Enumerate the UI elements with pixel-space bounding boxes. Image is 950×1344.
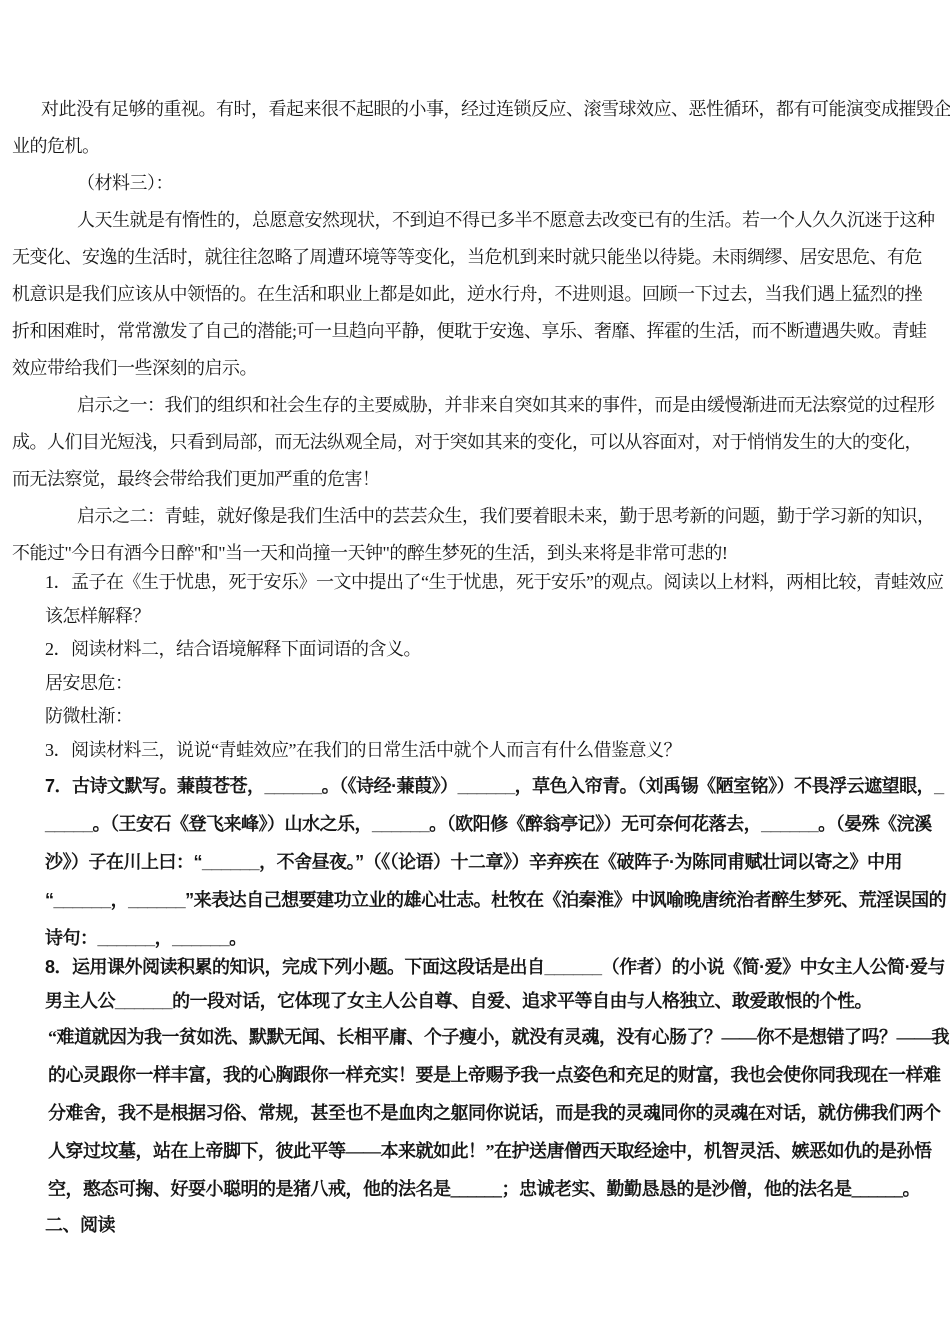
materials-section: 对此没有足够的重视。有时，看起来很不起眼的小事，经过连锁反应、滚雪球效应、恶性循… — [12, 91, 936, 572]
part-two-section: 二、阅读 — [12, 1208, 936, 1242]
question-3-stem: 3．阅读材料三，说说“青蛙效应”在我们的日常生活中就个人而言有什么借鉴意义？ — [45, 734, 936, 768]
exam-document-page: 对此没有足够的重视。有时，看起来很不起眼的小事，经过连锁反应、滚雪球效应、恶性循… — [0, 0, 950, 1344]
question-7-line: 沙》）子在川上曰：“______，不舍昼夜。”（《（论语）十二章》）辛弃疾在《破… — [45, 843, 936, 881]
question-1-line: 该怎样解释？ — [45, 600, 936, 634]
question-7-section: 7．古诗文默写。蒹葭苍苍，______。（《诗经·蒹葭》）______，草色入帘… — [12, 767, 936, 957]
quote-line: 的心灵跟你一样丰富，我的心胸跟你一样充实！要是上帝赐予我一点姿色和充足的财富，我… — [48, 1056, 936, 1094]
question-7-line: _____。（王安石《登飞来峰》）山水之乐，______。（欧阳修《醉翁亭记》）… — [45, 805, 936, 843]
material-three-paragraph-line: 人天生就是有惰性的，总愿意安然现状，不到迫不得已多半不愿意去改变已有的生活。若一… — [77, 202, 936, 239]
question-8-stem-line: 8．运用课外阅读积累的知识，完成下列小题。下面这段话是出自______（作者）的… — [45, 950, 936, 984]
question-8-stem-line: 男主人公______的一段对话，它体现了女主人公自尊、自爱、追求平等自由与人格独… — [45, 984, 936, 1018]
question-7-line: 7．古诗文默写。蒹葭苍苍，______。（《诗经·蒹葭》）______，草色入帘… — [45, 767, 936, 805]
question-2-stem: 2．阅读材料二，结合语境解释下面词语的含义。 — [45, 633, 936, 667]
insight-one-line: 而无法察觉，最终会带给我们更加严重的危害！ — [12, 461, 936, 498]
material-three-paragraph-line: 效应带给我们一些深刻的启示。 — [12, 350, 936, 387]
quote-line: 人穿过坟墓，站在上帝脚下，彼此平等——本来就如此！”在护送唐僧西天取经途中，机智… — [48, 1132, 936, 1170]
questions-1-3-section: 1．孟子在《生于忧患，死于安乐》一文中提出了“生于忧患，死于安乐”的观点。阅读以… — [12, 566, 936, 767]
material-two-continuation-line: 业的危机。 — [12, 128, 936, 165]
material-three-paragraph-line: 折和困难时，常常激发了自己的潜能;可一旦趋向平静，便耽于安逸、享乐、奢靡、挥霍的… — [12, 313, 936, 350]
question-8-stem: 8．运用课外阅读积累的知识，完成下列小题。下面这段话是出自______（作者）的… — [12, 950, 936, 1018]
question-2-term-2: 防微杜渐： — [45, 700, 936, 734]
material-two-continuation-line: 对此没有足够的重视。有时，看起来很不起眼的小事，经过连锁反应、滚雪球效应、恶性循… — [41, 91, 936, 128]
material-three-paragraph-line: 机意识是我们应该从中领悟的。在生活和职业上都是如此，逆水行舟，不进则退。回顾一下… — [12, 276, 936, 313]
question-1-line: 1．孟子在《生于忧患，死于安乐》一文中提出了“生于忧患，死于安乐”的观点。阅读以… — [45, 566, 936, 600]
material-three-heading: （材料三）： — [77, 165, 936, 202]
section-two-heading: 二、阅读 — [45, 1208, 936, 1242]
quote-line: 分难舍，我不是根据习俗、常规，甚至也不是血肉之躯同你说话，而是我的灵魂同你的灵魂… — [48, 1094, 936, 1132]
question-7-line: “______，______”来表达自己想要建功立业的雄心壮志。杜牧在《泊秦淮》… — [45, 881, 936, 919]
question-2-term-1: 居安思危： — [45, 667, 936, 701]
material-three-paragraph-line: 无变化、安逸的生活时，就往往忽略了周遭环境等等变化，当危机到来时就只能坐以待毙。… — [12, 239, 936, 276]
insight-two-line: 启示之二：青蛙，就好像是我们生活中的芸芸众生，我们要着眼未来，勤于思考新的问题，… — [77, 498, 936, 535]
quote-line: “难道就因为我一贫如洗、默默无闻、长相平庸、个子瘦小，就没有灵魂，没有心肠了？—… — [48, 1018, 936, 1056]
insight-one-line: 成。人们目光短浅，只看到局部，而无法纵观全局，对于突如其来的变化，可以从容面对，… — [12, 424, 936, 461]
question-8-quote: “难道就因为我一贫如洗、默默无闻、长相平庸、个子瘦小，就没有灵魂，没有心肠了？—… — [12, 1018, 936, 1208]
quote-line: 空，憨态可掬、好耍小聪明的是猪八戒，他的法名是______；忠诚老实、勤勤恳恳的… — [48, 1170, 936, 1208]
insight-one-line: 启示之一：我们的组织和社会生存的主要威胁，并非来自突如其来的事件，而是由缓慢渐进… — [77, 387, 936, 424]
